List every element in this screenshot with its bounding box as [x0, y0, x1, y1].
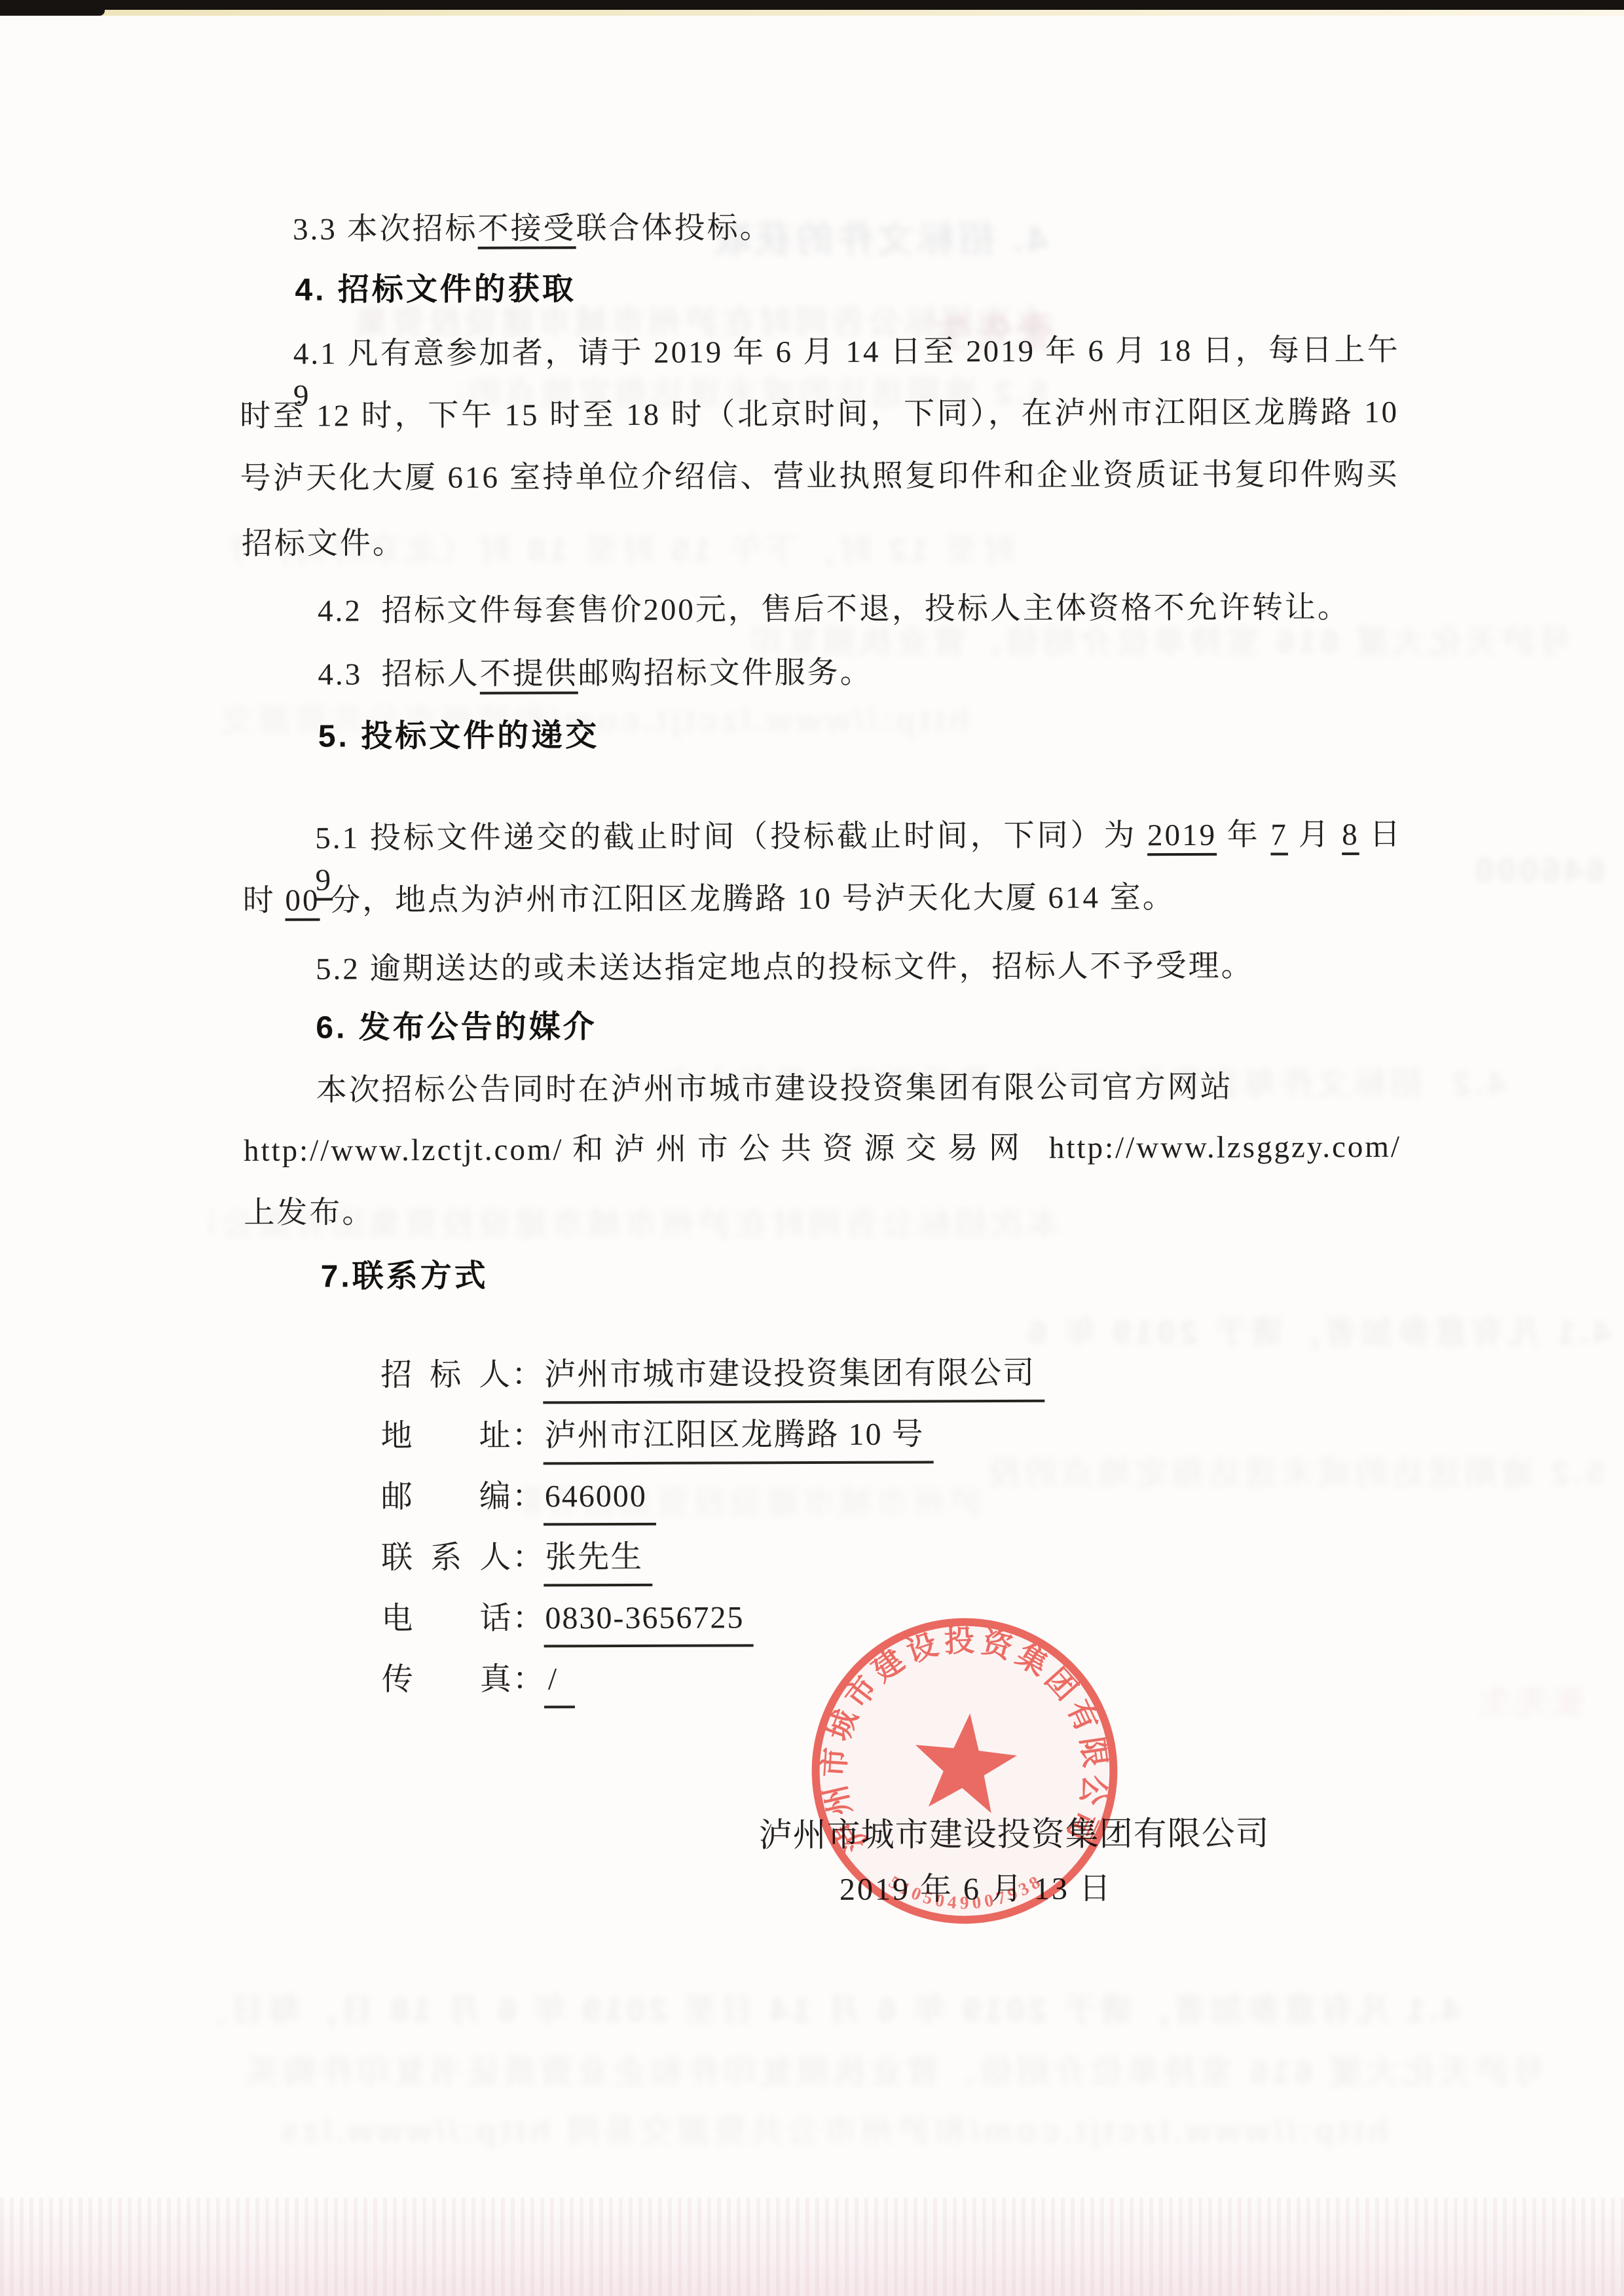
sep-year: 年 — [1217, 818, 1270, 852]
clause-5-1-line2-post: 分，地点为泸州市江阳区龙腾路 10 号泸天化大厦 614 室。 — [320, 881, 1175, 918]
clause-4-3-underlined: 不提供 — [480, 657, 578, 691]
label-char: 真 — [480, 1660, 513, 1700]
deadline-minute: 00 — [285, 884, 320, 918]
contact-colon: ： — [513, 1659, 544, 1700]
clause-3-3-underlined: 不接受 — [478, 211, 576, 246]
scan-top-left-corner — [0, 0, 105, 16]
document-text-layer: 3.3 本次招标不接受联合体投标。 4. 招标文件的获取 4.1 凡有意参加者，… — [0, 0, 1624, 2296]
section-6-line2-urls: http://www.lzctjt.com/和泸州市公共资源交易网 http:/… — [244, 1126, 1401, 1172]
scanned-document-page: 4. 招标文件的获取 本次招标公告同时在泸州市城市建设投资集团有限公司官方网站 … — [0, 0, 1624, 2296]
scan-top-cream-line — [0, 10, 1624, 16]
section-7-heading: 7.联系方式 — [321, 1256, 489, 1298]
clause-4-3: 4.3 招标人不提供邮购招标文件服务。 — [318, 652, 872, 696]
clause-5-2: 5.2 逾期送达的或未送达指定地点的投标文件，招标人不予受理。 — [316, 945, 1254, 991]
deadline-day: 8 — [1342, 818, 1359, 852]
clause-4-3-pre: 4.3 招标人 — [318, 657, 479, 692]
sep-month: 月 — [1288, 818, 1342, 852]
scan-top-edge — [0, 0, 1624, 10]
clause-3-3-pre: 3.3 本次招标 — [293, 212, 478, 247]
deadline-month: 7 — [1270, 818, 1288, 852]
contact-row-fax: 传真：/ — [327, 1618, 576, 1749]
fax-value: / — [544, 1659, 576, 1708]
clause-3-3: 3.3 本次招标不接受联合体投标。 — [293, 207, 773, 251]
contact-label: 传真 — [382, 1660, 513, 1701]
label-char: 传 — [382, 1660, 415, 1700]
clause-3-3-post: 联合体投标。 — [576, 211, 773, 246]
section-6-line3: 上发布。 — [244, 1192, 375, 1234]
section-6-line1: 本次招标公告同时在泸州市城市建设投资集团有限公司官方网站 — [316, 1066, 1233, 1112]
clause-5-1-pre: 5.1 投标文件递交的截止时间（投标截止时间，下同）为 — [315, 818, 1147, 855]
clause-5-1-line2: 时 00 分，地点为泸州市江阳区龙腾路 10 号泸天化大厦 614 室。 — [243, 877, 1175, 922]
clause-4-3-post: 邮购招标文件服务。 — [578, 656, 873, 691]
section-4-heading: 4. 招标文件的获取 — [295, 268, 576, 311]
phone-value: 0830-3656725 — [544, 1597, 753, 1647]
official-red-seal: 泸州市城市建设投资集团有限公司 5105049007938 — [802, 1607, 1128, 1936]
sep-day: 日 — [1359, 818, 1403, 852]
seal-graphic: 泸州市城市建设投资集团有限公司 5105049007938 — [802, 1607, 1128, 1936]
section-5-heading: 5. 投标文件的递交 — [318, 715, 600, 757]
clause-4-1-line4: 招标文件。 — [242, 522, 405, 565]
deadline-year: 2019 — [1147, 818, 1217, 852]
clause-4-1-line2: 时至 12 时，下午 15 时至 18 时（北京时间，下同），在泸州市江阳区龙腾… — [240, 392, 1399, 437]
clause-4-1-line3: 号泸天化大厦 616 室持单位介绍信、营业执照复印件和企业资质证书复印件购买 — [240, 454, 1399, 500]
clause-4-2: 4.2 招标文件每套售价200元，售后不退，投标人主体资格不允许转让。 — [318, 587, 1350, 632]
section-6-heading: 6. 发布公告的媒介 — [316, 1006, 597, 1049]
clause-5-1-line2-pre: 时 — [243, 884, 286, 918]
